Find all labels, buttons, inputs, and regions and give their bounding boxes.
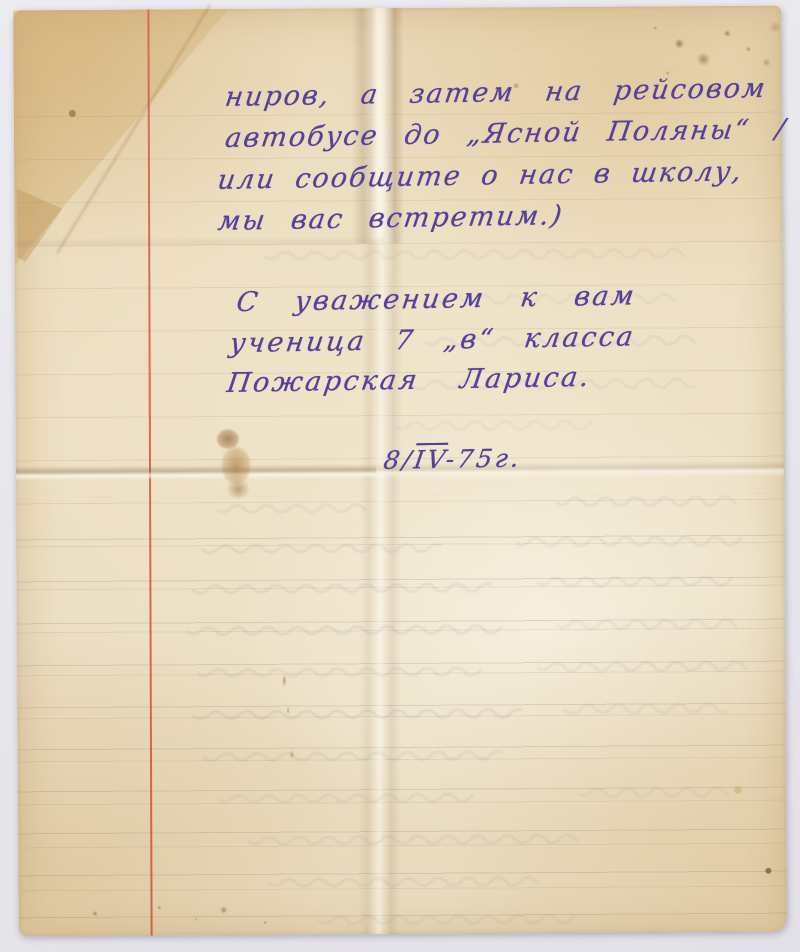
letter-paper: ниров, а затем на рейсовом автобусе до „… <box>13 6 787 937</box>
date-day: 8/ <box>382 445 417 475</box>
handwriting-line: мы вас встретим.) <box>216 200 566 237</box>
date-year: -75г. <box>444 444 524 474</box>
date-month-roman: IV <box>412 445 448 475</box>
date-line: 8/IV-75г. <box>382 444 524 475</box>
photograph-background: ниров, а затем на рейсовом автобусе до „… <box>0 0 800 952</box>
signature-line: Пожарская Лариса. <box>225 362 593 399</box>
